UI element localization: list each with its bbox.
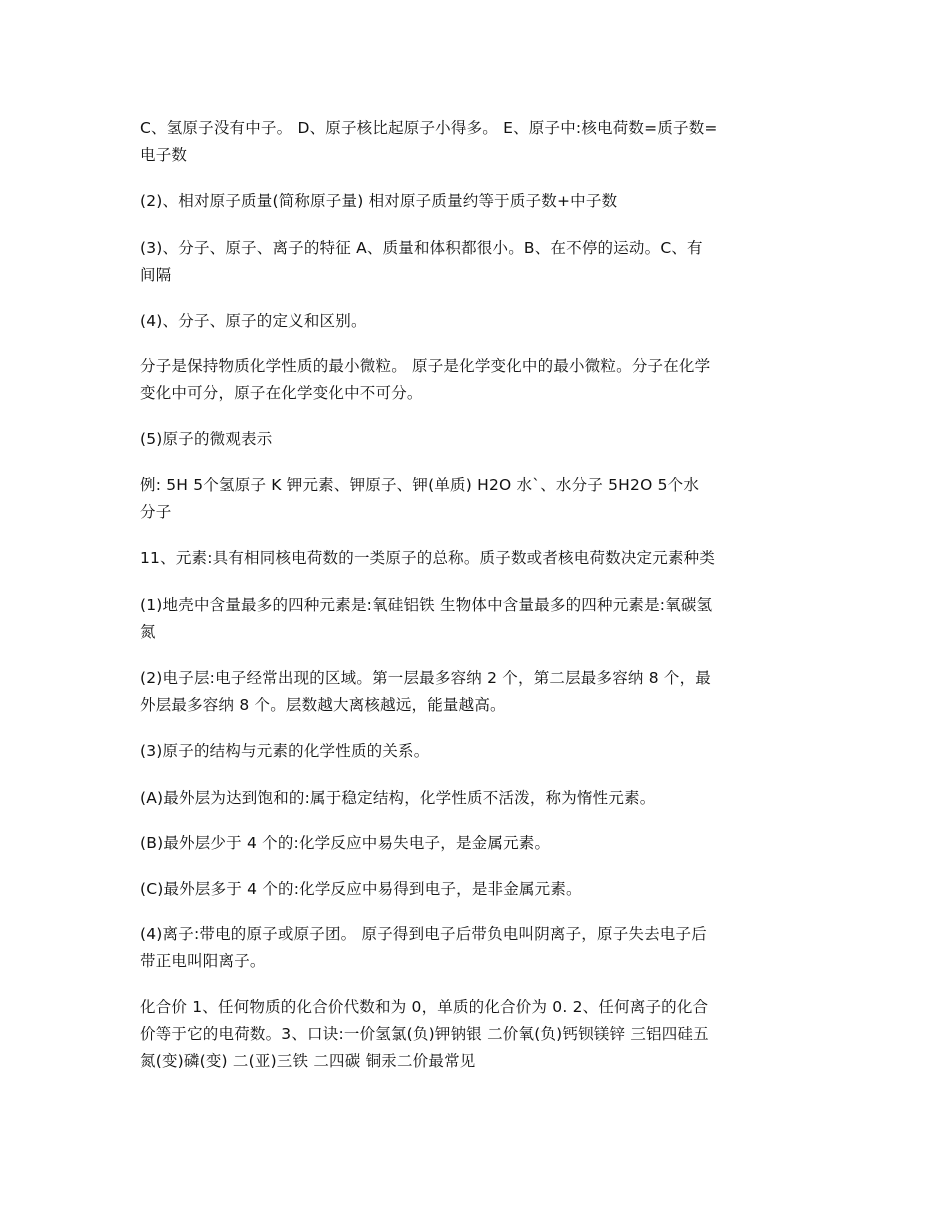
paragraph-structure-c: (C)最外层多于 4 个的:化学反应中易得到电子，是非金属元素。: [140, 876, 820, 903]
paragraph-structure-property-heading: (3)原子的结构与元素的化学性质的关系。: [140, 738, 820, 765]
text-line: (3)、分子、原子、离子的特征 A、质量和体积都很小。B、在不停的运动。C、有: [140, 235, 820, 262]
text-line: (2)、相对原子质量(简称原子量) 相对原子质量约等于质子数+中子数: [140, 188, 820, 215]
paragraph-structure-a: (A)最外层为达到饱和的:属于稳定结构，化学性质不活泼，称为惰性元素。: [140, 785, 820, 812]
text-line: 11、元素:具有相同核电荷数的一类原子的总称。质子数或者核电荷数决定元素种类: [140, 545, 820, 572]
paragraph-definition-heading: (4)、分子、原子的定义和区别。: [140, 308, 820, 335]
paragraph-micro-notation-heading: (5)原子的微观表示: [140, 426, 820, 453]
paragraph-structure-b: (B)最外层少于 4 个的:化学反应中易失电子，是金属元素。: [140, 830, 820, 857]
paragraph-abundant-elements: (1)地壳中含量最多的四种元素是:氧硅铝铁 生物体中含量最多的四种元素是:氧碳氢…: [140, 592, 820, 646]
paragraph-electron-shells: (2)电子层:电子经常出现的区域。第一层最多容纳 2 个，第二层最多容纳 8 个…: [140, 665, 820, 719]
paragraph-ions: (4)离子:带电的原子或原子团。 原子得到电子后带负电叫阴离子，原子失去电子后 …: [140, 921, 820, 975]
text-line: 化合价 1、任何物质的化合价代数和为 0，单质的化合价为 0. 2、任何离子的化…: [140, 994, 820, 1021]
text-line: (1)地壳中含量最多的四种元素是:氧硅铝铁 生物体中含量最多的四种元素是:氧碳氢: [140, 592, 820, 619]
paragraph-definition-body: 分子是保持物质化学性质的最小微粒。 原子是化学变化中的最小微粒。分子在化学 变化…: [140, 353, 820, 407]
text-line: (4)、分子、原子的定义和区别。: [140, 308, 820, 335]
text-line: (2)电子层:电子经常出现的区域。第一层最多容纳 2 个，第二层最多容纳 8 个…: [140, 665, 820, 692]
paragraph-element-definition: 11、元素:具有相同核电荷数的一类原子的总称。质子数或者核电荷数决定元素种类: [140, 545, 820, 572]
text-line: (C)最外层多于 4 个的:化学反应中易得到电子，是非金属元素。: [140, 876, 820, 903]
text-line: 间隔: [140, 262, 820, 289]
paragraph-relative-atomic-mass: (2)、相对原子质量(简称原子量) 相对原子质量约等于质子数+中子数: [140, 188, 820, 215]
text-line: 氮: [140, 619, 820, 646]
paragraph-valence: 化合价 1、任何物质的化合价代数和为 0，单质的化合价为 0. 2、任何离子的化…: [140, 994, 820, 1075]
text-line: 分子: [140, 499, 820, 526]
text-line: 氮(变)磷(变) 二(亚)三铁 二四碳 铜汞二价最常见: [140, 1048, 820, 1075]
text-line: (3)原子的结构与元素的化学性质的关系。: [140, 738, 820, 765]
text-line: 电子数: [140, 142, 820, 169]
text-line: 外层最多容纳 8 个。层数越大离核越远，能量越高。: [140, 692, 820, 719]
text-line: 带正电叫阳离子。: [140, 948, 820, 975]
text-line: 例: 5H 5个氢原子 K 钾元素、钾原子、钾(单质) H2O 水`、水分子 5…: [140, 472, 820, 499]
text-line: (B)最外层少于 4 个的:化学反应中易失电子，是金属元素。: [140, 830, 820, 857]
paragraph-micro-notation-example: 例: 5H 5个氢原子 K 钾元素、钾原子、钾(单质) H2O 水`、水分子 5…: [140, 472, 820, 526]
document-page: C、氢原子没有中子。 D、原子核比起原子小得多。 E、原子中:核电荷数=质子数=…: [0, 0, 950, 1230]
paragraph-atom-facts: C、氢原子没有中子。 D、原子核比起原子小得多。 E、原子中:核电荷数=质子数=…: [140, 115, 820, 169]
text-line: C、氢原子没有中子。 D、原子核比起原子小得多。 E、原子中:核电荷数=质子数=: [140, 115, 820, 142]
text-line: (A)最外层为达到饱和的:属于稳定结构，化学性质不活泼，称为惰性元素。: [140, 785, 820, 812]
text-line: 变化中可分，原子在化学变化中不可分。: [140, 380, 820, 407]
text-line: (5)原子的微观表示: [140, 426, 820, 453]
paragraph-particle-features: (3)、分子、原子、离子的特征 A、质量和体积都很小。B、在不停的运动。C、有 …: [140, 235, 820, 289]
text-line: 价等于它的电荷数。3、口诀:一价氢氯(负)钾钠银 二价氧(负)钙钡镁锌 三铝四硅…: [140, 1021, 820, 1048]
text-line: (4)离子:带电的原子或原子团。 原子得到电子后带负电叫阴离子，原子失去电子后: [140, 921, 820, 948]
text-line: 分子是保持物质化学性质的最小微粒。 原子是化学变化中的最小微粒。分子在化学: [140, 353, 820, 380]
